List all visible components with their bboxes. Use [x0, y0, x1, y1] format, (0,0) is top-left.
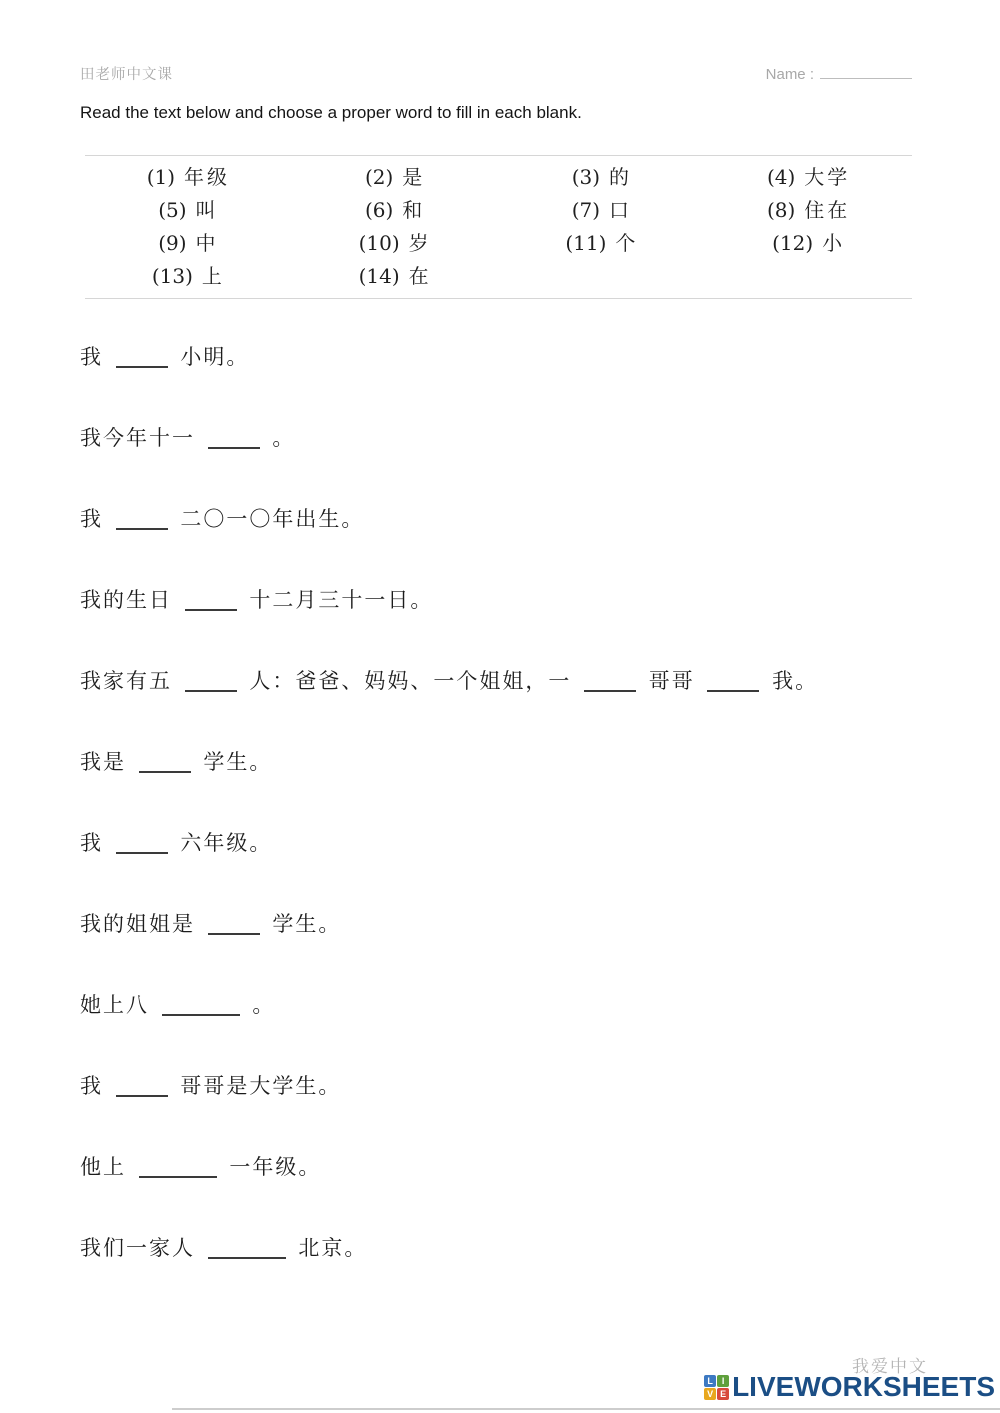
name-input-line[interactable] [820, 63, 912, 79]
sentence: 我 六年级。 [80, 827, 940, 908]
logo-square-l: L [704, 1375, 716, 1387]
sentence-text: 我今年十一 [80, 426, 204, 450]
page-bottom-divider [172, 1408, 1000, 1410]
liveworksheets-logo-icon: LIVE [704, 1375, 729, 1400]
sentence-text: 六年级。 [172, 831, 273, 855]
sentence-text: 学生。 [264, 912, 342, 936]
sentence-text: 十二月三十一日。 [241, 588, 434, 612]
word-bank-item: (6)和 [292, 194, 499, 227]
sentence: 我的生日 十二月三十一日。 [80, 584, 940, 665]
word-bank-item: (7)口 [499, 194, 706, 227]
word-bank-item-word: 住在 [804, 198, 850, 222]
name-label: Name : [766, 66, 814, 83]
word-bank-item: (8)住在 [705, 194, 912, 227]
fill-blank[interactable] [584, 671, 636, 692]
word-bank-item-word: 大学 [804, 165, 850, 189]
sentence-text: 学生。 [195, 750, 273, 774]
word-bank-item: (13)上 [85, 260, 292, 293]
word-bank-item-word: 在 [409, 264, 432, 288]
fill-blank[interactable] [208, 1238, 286, 1259]
word-bank-item-number: (6) [365, 198, 393, 222]
fill-blank[interactable] [185, 671, 237, 692]
word-bank-item-number: (7) [572, 198, 600, 222]
word-bank-item: (9)中 [85, 227, 292, 260]
sentence-text: 我们一家人 [80, 1236, 204, 1260]
word-bank-item: (4)大学 [705, 161, 912, 194]
sentence-text: 。 [244, 993, 276, 1017]
word-bank-item-word: 上 [202, 264, 225, 288]
sentence-text: 我是 [80, 750, 135, 774]
sentence-text: 哥哥是大学生。 [172, 1074, 342, 1098]
word-bank-item-number: (10) [359, 231, 400, 255]
word-bank-item-word: 中 [196, 231, 219, 255]
word-bank-item: (12)小 [705, 227, 912, 260]
fill-blank[interactable] [116, 833, 168, 854]
word-bank-item-word: 和 [402, 198, 425, 222]
fill-blank[interactable] [208, 428, 260, 449]
word-bank-item-number: (14) [359, 264, 400, 288]
brand-name: LIVEWORKSHEETS [732, 1371, 995, 1403]
sentence-text: 二〇一〇年出生。 [172, 507, 365, 531]
word-bank-item-word: 的 [609, 165, 632, 189]
logo-square-v: V [704, 1388, 716, 1400]
instruction-text: Read the text below and choose a proper … [80, 103, 582, 123]
fill-blank[interactable] [139, 752, 191, 773]
word-bank-item-number: (12) [772, 231, 813, 255]
word-bank-item-number: (8) [767, 198, 795, 222]
fill-blank[interactable] [139, 1157, 217, 1178]
word-bank-item-word: 年级 [184, 165, 230, 189]
sentence: 我是 学生。 [80, 746, 940, 827]
word-bank-item-number: (5) [158, 198, 186, 222]
sentence-text: 我。 [763, 669, 818, 693]
word-bank-item: (2)是 [292, 161, 499, 194]
sentence-text: 。 [264, 426, 296, 450]
word-bank-item: (1)年级 [85, 161, 292, 194]
fill-blank[interactable] [707, 671, 759, 692]
sentence-list: 我 小明。我今年十一 。我 二〇一〇年出生。我的生日 十二月三十一日。我家有五 … [80, 341, 940, 1313]
fill-blank[interactable] [208, 914, 260, 935]
logo-square-i: I [717, 1375, 729, 1387]
sentence: 我 哥哥是大学生。 [80, 1070, 940, 1151]
word-bank-item-word: 个 [615, 231, 638, 255]
sentence: 我家有五 人：爸爸、妈妈、一个姐姐，一 哥哥 我。 [80, 665, 940, 746]
sentence-text: 他上 [80, 1155, 135, 1179]
word-bank-item-word: 口 [609, 198, 632, 222]
word-bank-item: (5)叫 [85, 194, 292, 227]
word-bank-item-word: 小 [822, 231, 845, 255]
word-bank-item-word: 岁 [409, 231, 432, 255]
sentence: 我 二〇一〇年出生。 [80, 503, 940, 584]
word-bank-item: (10)岁 [292, 227, 499, 260]
sentence-text: 我的姐姐是 [80, 912, 204, 936]
header: 田老师中文课 Name : [80, 63, 912, 84]
word-bank-item: (11)个 [499, 227, 706, 260]
liveworksheets-logo-link[interactable]: LIVE LIVEWORKSHEETS [704, 1371, 995, 1403]
school-name: 田老师中文课 [80, 63, 173, 84]
logo-square-e: E [717, 1388, 729, 1400]
sentence-text: 小明。 [172, 345, 250, 369]
sentence-text: 一年级。 [221, 1155, 322, 1179]
word-bank-item: (3)的 [499, 161, 706, 194]
sentence-text: 人：爸爸、妈妈、一个姐姐，一 [241, 669, 580, 693]
sentence-text: 哥哥 [640, 669, 703, 693]
sentence: 他上 一年级。 [80, 1151, 940, 1232]
sentence-text: 北京。 [290, 1236, 368, 1260]
word-bank-item-word: 是 [402, 165, 425, 189]
fill-blank[interactable] [162, 995, 240, 1016]
sentence: 我的姐姐是 学生。 [80, 908, 940, 989]
word-bank-item-number: (1) [147, 165, 175, 189]
fill-blank[interactable] [116, 347, 168, 368]
sentence: 我今年十一 。 [80, 422, 940, 503]
sentence: 我们一家人 北京。 [80, 1232, 940, 1313]
worksheet-page: 田老师中文课 Name : Read the text below and ch… [0, 0, 1000, 1413]
sentence-text: 她上八 [80, 993, 158, 1017]
word-bank-item-number: (2) [365, 165, 393, 189]
word-bank-item-number: (11) [565, 231, 606, 255]
fill-blank[interactable] [116, 1076, 168, 1097]
sentence: 她上八 。 [80, 989, 940, 1070]
word-bank-item-number: (9) [158, 231, 186, 255]
word-bank-item-number: (3) [572, 165, 600, 189]
sentence-text: 我 [80, 507, 112, 531]
sentence-text: 我家有五 [80, 669, 181, 693]
word-bank-item-number: (13) [152, 264, 193, 288]
sentence-text: 我 [80, 345, 112, 369]
fill-blank[interactable] [116, 509, 168, 530]
word-bank-item-word: 叫 [196, 198, 219, 222]
sentence-text: 我 [80, 831, 112, 855]
sentence-text: 我的生日 [80, 588, 181, 612]
name-field: Name : [766, 63, 912, 83]
fill-blank[interactable] [185, 590, 237, 611]
word-bank-item: (14)在 [292, 260, 499, 293]
word-bank-grid: (1)年级(2)是(3)的(4)大学(5)叫(6)和(7)口(8)住在(9)中(… [85, 155, 912, 299]
word-bank-item-number: (4) [767, 165, 795, 189]
sentence-text: 我 [80, 1074, 112, 1098]
sentence: 我 小明。 [80, 341, 940, 422]
